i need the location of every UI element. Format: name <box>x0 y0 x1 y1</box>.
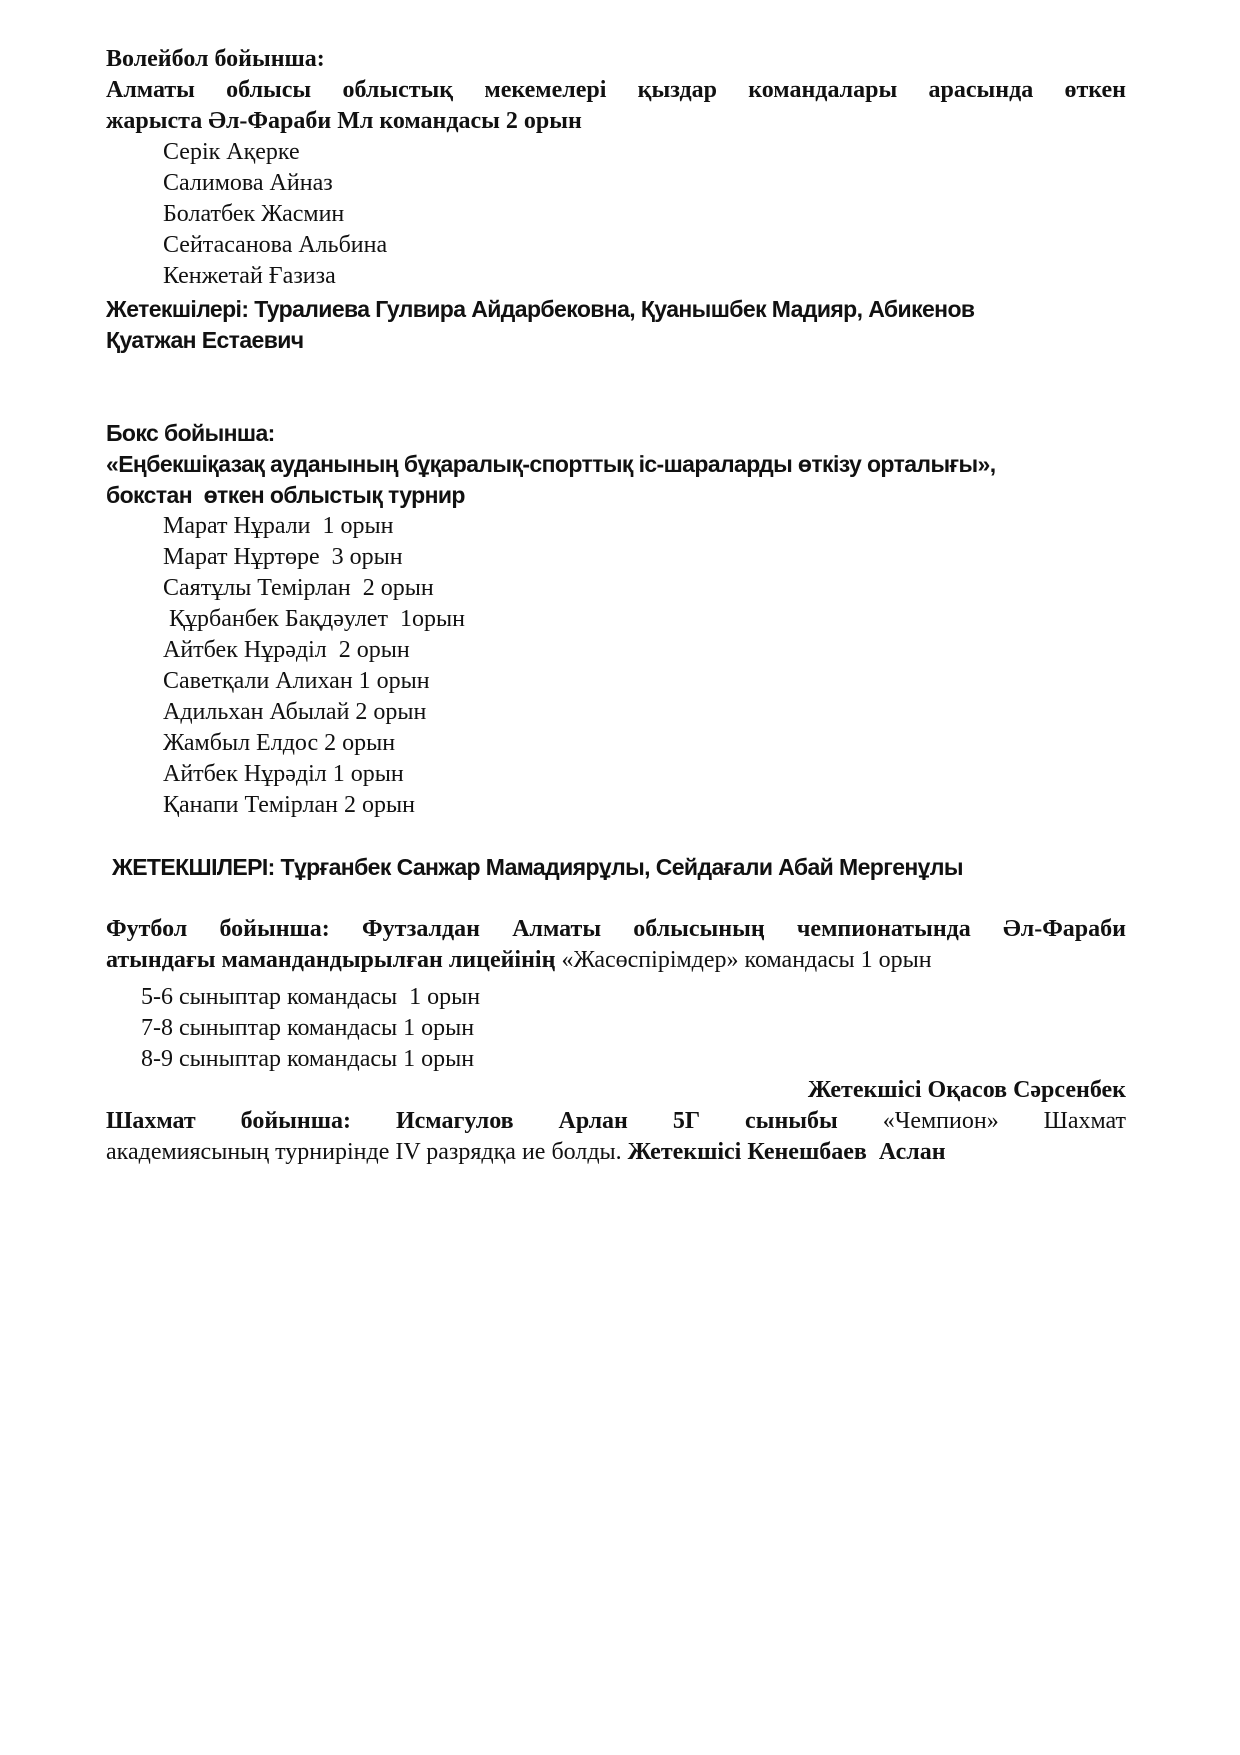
list-item: Адильхан Абылай 2 орын <box>163 697 1126 728</box>
volleyball-event-line-2: жарыста Әл-Фараби Мл командасы 2 орын <box>106 106 1126 137</box>
list-item: Жамбыл Елдос 2 орын <box>163 728 1126 759</box>
football-event-bold-2: атындағы мамандандырылған лицейінің <box>106 947 555 973</box>
boxing-event-line-2: бокстан өткен облыстық турнир <box>106 480 1126 511</box>
volleyball-leaders-line-1: Жетекшілері: Туралиева Гулвира Айдарбеко… <box>106 294 1126 325</box>
list-item: Құрбанбек Бақдәулет 1орын <box>163 604 1126 635</box>
list-item: Саветқали Алихан 1 орын <box>163 666 1126 697</box>
list-item: 8-9 сыныптар командасы 1 орын <box>141 1044 1126 1075</box>
document-page: Волейбол бойынша: Алматы облысы облыстық… <box>106 44 1126 1168</box>
chess-heading: Шахмат бойынша: <box>106 1108 351 1134</box>
boxing-leaders: ЖЕТЕКШІЛЕРІ: Тұрғанбек Санжар Мамадиярұл… <box>106 852 1126 883</box>
boxing-heading: Бокс бойынша: <box>106 418 1126 449</box>
volleyball-members-list: Серік Ақерке Салимова Айназ Болатбек Жас… <box>106 137 1126 292</box>
spacer <box>106 883 1126 914</box>
football-section: Футбол бойынша: Футзалдан Алматы облысын… <box>106 914 1126 1106</box>
list-item: Қанапи Темірлан 2 орын <box>163 790 1126 821</box>
boxing-section: Бокс бойынша: «Еңбекшіқазақ ауданының бұ… <box>106 418 1126 883</box>
chess-text-regular-1: «Чемпион» Шахмат <box>883 1108 1126 1134</box>
list-item: Марат Нұртөре 3 орын <box>163 542 1126 573</box>
list-item: Айтбек Нұрәділ 1 орын <box>163 759 1126 790</box>
chess-section: Шахмат бойынша: Исмагулов Арлан 5Г сыныб… <box>106 1106 1126 1168</box>
list-item: 5-6 сыныптар командасы 1 орын <box>141 982 1126 1013</box>
football-heading: Футбол бойынша: <box>106 916 330 942</box>
list-item: Кенжетай Ғазиза <box>163 261 1126 292</box>
football-line-2: атындағы мамандандырылған лицейінің «Жас… <box>106 945 1126 976</box>
chess-text-regular-2: академиясының турнирінде IV разрядқа ие … <box>106 1139 622 1165</box>
chess-student: Исмагулов Арлан <box>396 1108 628 1134</box>
boxing-results-list: Марат Нұрали 1 орын Марат Нұртөре 3 орын… <box>106 511 1126 821</box>
volleyball-heading: Волейбол бойынша: <box>106 44 1126 75</box>
list-item: Болатбек Жасмин <box>163 199 1126 230</box>
chess-line-1: Шахмат бойынша: Исмагулов Арлан 5Г сыныб… <box>106 1106 1126 1137</box>
spacer <box>106 356 1126 418</box>
chess-class: 5Г сыныбы <box>673 1108 838 1134</box>
volleyball-section: Волейбол бойынша: Алматы облысы облыстық… <box>106 44 1126 356</box>
chess-line-2: академиясының турнирінде IV разрядқа ие … <box>106 1137 1126 1168</box>
volleyball-leaders-line-2: Қуатжан Естаевич <box>106 325 1126 356</box>
list-item: 7-8 сыныптар командасы 1 орын <box>141 1013 1126 1044</box>
list-item: Марат Нұрали 1 орын <box>163 511 1126 542</box>
list-item: Салимова Айназ <box>163 168 1126 199</box>
volleyball-event-line-1: Алматы облысы облыстық мекемелері қыздар… <box>106 75 1126 106</box>
list-item: Саятұлы Темірлан 2 орын <box>163 573 1126 604</box>
football-event-bold-1: Футзалдан Алматы облысының чемпионатында… <box>362 916 1126 942</box>
chess-leader: Жетекшісі Кенешбаев Аслан <box>628 1139 946 1165</box>
football-event-regular-2: «Жасөспірімдер» командасы 1 орын <box>555 947 931 973</box>
list-item: Серік Ақерке <box>163 137 1126 168</box>
football-leader: Жетекшісі Оқасов Сәрсенбек <box>106 1075 1126 1106</box>
football-line-1: Футбол бойынша: Футзалдан Алматы облысын… <box>106 914 1126 945</box>
list-item: Айтбек Нұрәділ 2 орын <box>163 635 1126 666</box>
spacer <box>106 821 1126 852</box>
boxing-event-line-1: «Еңбекшіқазақ ауданының бұқаралық-спортт… <box>106 449 1126 480</box>
list-item: Сейтасанова Альбина <box>163 230 1126 261</box>
football-results-list: 5-6 сыныптар командасы 1 орын 7-8 сыныпт… <box>106 982 1126 1075</box>
